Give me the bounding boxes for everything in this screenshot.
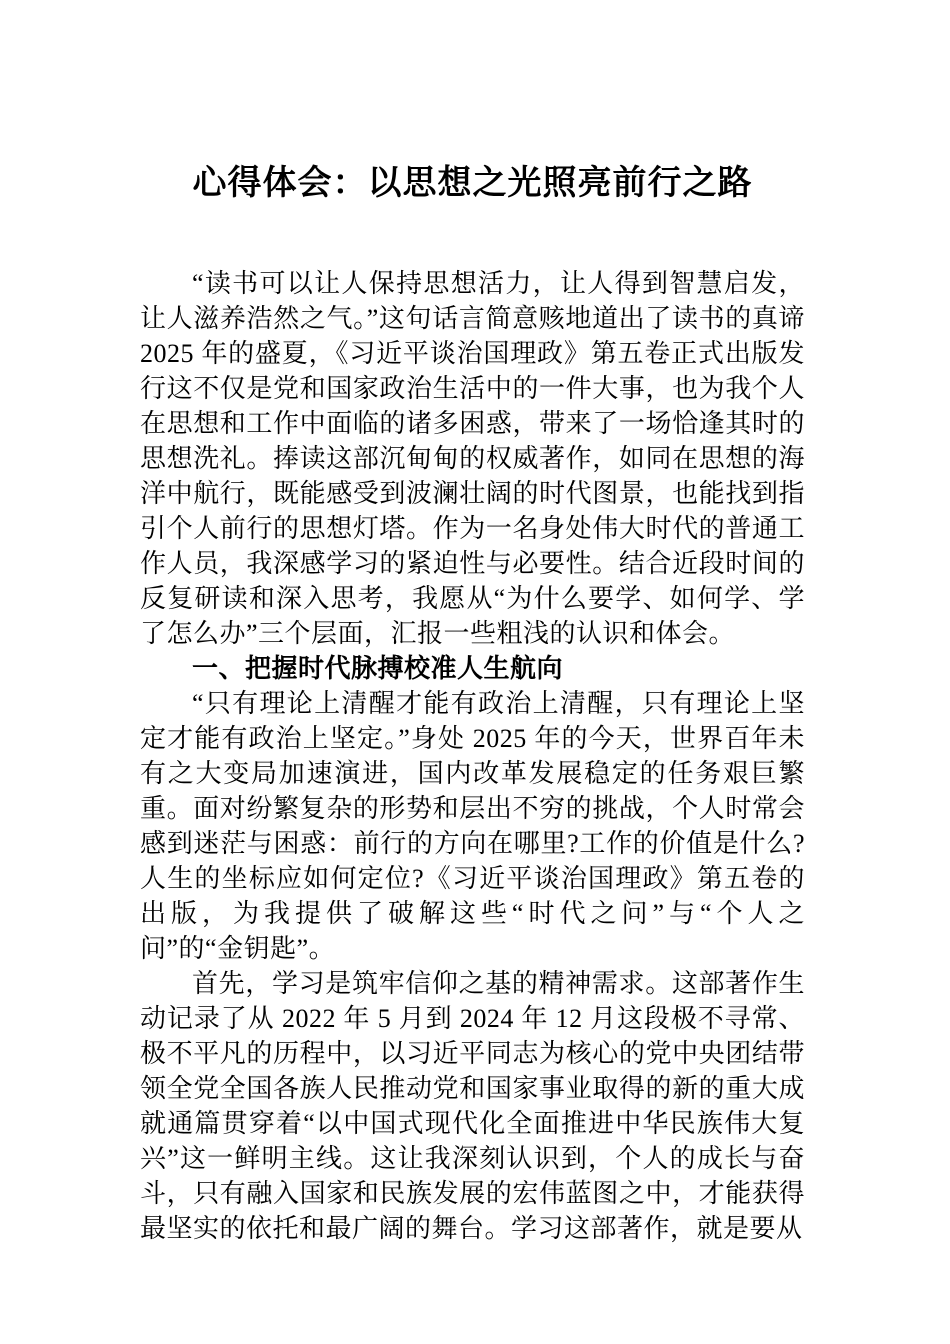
paragraph-section1-body: “只有理论上清醒才能有政治上清醒，只有理论上坚定才能有政治上坚定。”身处 202… xyxy=(140,686,805,966)
document-page: 心得体会：以思想之光照亮前行之路 “读书可以让人保持思想活力，让人得到智慧启发，… xyxy=(0,0,950,1344)
document-title: 心得体会：以思想之光照亮前行之路 xyxy=(140,158,805,210)
paragraph-section1-body2: 首先，学习是筑牢信仰之基的精神需求。这部著作生动记录了从 2022 年 5 月到… xyxy=(140,966,805,1246)
paragraph-intro: “读书可以让人保持思想活力，让人得到智慧启发，让人滋养浩然之气。”这句话言简意赅… xyxy=(140,266,805,651)
section-heading-1: 一、把握时代脉搏校准人生航向 xyxy=(140,651,805,686)
